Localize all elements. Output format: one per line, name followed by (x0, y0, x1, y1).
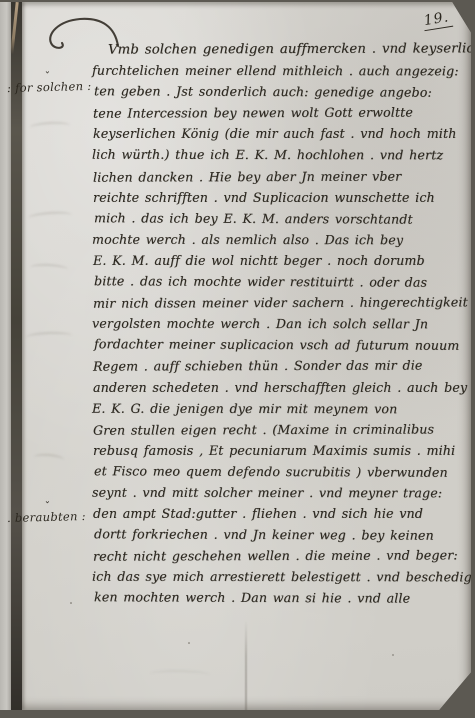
marginal-tick: ˇ (45, 500, 51, 513)
page-number: 19. (422, 9, 454, 31)
manuscript-line: et Fisco meo quem defendo sucrubitis ) v… (94, 460, 464, 483)
bleed-through-mark (28, 210, 73, 222)
manuscript-line: Vmb solchen genedigen auffmercken . vnd … (93, 38, 463, 60)
manuscript-text-block: Vmb solchen genedigen auffmercken . vnd … (93, 39, 463, 609)
manuscript-line: E. K. M. auff die wol nichtt beger . noc… (93, 250, 463, 271)
ink-speck (188, 642, 190, 644)
manuscript-line: mir nich dissen meiner vider sachern . h… (93, 291, 463, 313)
manuscript-line: lichen dancken . Hie bey aber Jn meiner … (93, 165, 463, 187)
manuscript-line: anderen schedeten . vnd herschafften gle… (93, 377, 463, 398)
bleed-through-mark (150, 669, 210, 679)
fold-crease (245, 620, 247, 712)
manuscript-line: furchtelichen meiner ellend mithleich . … (92, 60, 462, 82)
bleed-through-mark (30, 121, 70, 132)
marginal-note: ˇ . beraubten : (7, 509, 86, 525)
manuscript-line: dortt forkriechen . vnd Jn keiner weg . … (94, 523, 464, 546)
bleed-through-mark (34, 453, 65, 465)
manuscript-line: rebusq famosis , Et pecuniarum Maximis s… (93, 440, 463, 461)
manuscript-line: bitte . das ich mochte wider restituirtt… (94, 270, 464, 293)
manuscript-line: vergolsten mochte werch . Dan ich solch … (92, 313, 462, 335)
manuscript-line: mich . das ich bey E. K. M. anders vorsc… (94, 207, 464, 230)
manuscript-line: fordachter meiner suplicacion vsch ad fu… (94, 334, 464, 357)
manuscript-line: den ampt Stad:gutter . fliehen . vnd sic… (93, 503, 463, 524)
manuscript-line: ich das sye mich arrestierett belestiget… (92, 566, 462, 588)
scan-background: 19. ˇ : for solchen : ˇ . beraubten : Vm… (0, 0, 475, 718)
manuscript-line: mochte werch . als nemlich also . Das ic… (92, 229, 462, 251)
manuscript-line: Gren stullen eigen recht . (Maxime in cr… (93, 418, 463, 440)
manuscript-line: keyserlichen König (die mir auch fast . … (93, 123, 463, 144)
manuscript-line: ten geben . Jst sonderlich auch: genedig… (94, 80, 464, 103)
manuscript-line: ken mochten werch . Dan wan si hie . vnd… (94, 587, 464, 610)
manuscript-line: lich würth.) thue ich E. K. M. hochlohen… (92, 144, 462, 166)
marginal-note: ˇ : for solchen : (7, 79, 92, 95)
manuscript-line: Regem . auff schieben thün . Sonder das … (93, 355, 463, 377)
ink-speck (70, 602, 72, 604)
page-edge-left (0, 2, 11, 710)
binding-edge (11, 2, 22, 710)
manuscript-page: 19. ˇ : for solchen : ˇ . beraubten : Vm… (0, 2, 471, 710)
bleed-through-mark (30, 263, 68, 274)
manuscript-line: reichte schrifften . vnd Suplicacion wun… (93, 187, 463, 208)
manuscript-line: recht nicht geschehen wellen . die meine… (93, 545, 463, 567)
manuscript-line: seynt . vnd mitt solcher meiner . vnd me… (92, 482, 462, 504)
marginal-tick: ˇ (45, 70, 51, 83)
manuscript-line: E. K. G. die jenigen dye mir mit meynem … (92, 397, 462, 419)
manuscript-line: tene Intercession bey newen wolt Gott er… (93, 102, 463, 124)
bleed-through-mark (26, 331, 72, 342)
ink-speck (392, 654, 394, 656)
